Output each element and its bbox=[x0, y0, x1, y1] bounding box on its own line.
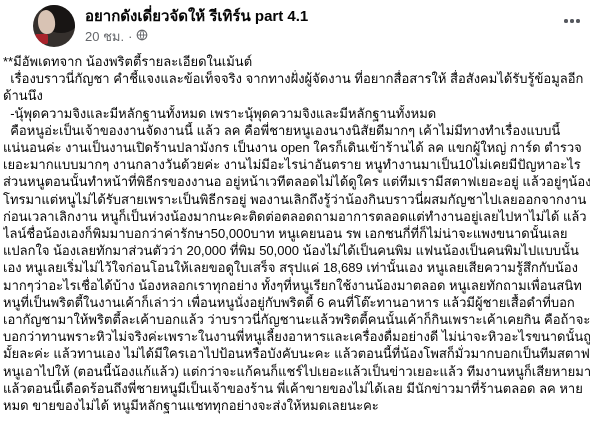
post-text-line: หมด ขายของไม่ได้ หนูมีหลักฐานแชททุกอย่าง… bbox=[3, 397, 590, 414]
post-text-line: **มีอัพเดทจาก น้องพริตตี้รายละเอียดในเม้… bbox=[3, 53, 590, 70]
post-text-line: ด้านนึง bbox=[3, 87, 590, 104]
post-text-line: แน่นอนค่ะ งานเป็นงานเปิดร้านปลามังกร เป็… bbox=[3, 139, 590, 156]
more-options-button[interactable] bbox=[558, 10, 586, 32]
avatar[interactable] bbox=[33, 5, 75, 47]
ellipsis-icon bbox=[564, 19, 568, 23]
post-text-line: ส่วนหนูตอนนั้นทำหน้าที่พิธีกรของงานอ อยู… bbox=[3, 173, 590, 190]
page-name[interactable]: อยากดังเดี่ยวจัดให้ รีเทิร์น part 4.1 bbox=[85, 7, 308, 27]
globe-icon bbox=[136, 29, 148, 45]
post-text-line: โทรมาแต่หนูไม่ได้รับสายเพราะเป็นพิธีกรอย… bbox=[3, 191, 590, 208]
post-text-line: เอากัญชามาให้พริตตี้ละเค้าบอกแล้ว ว่าบรา… bbox=[3, 311, 590, 328]
post-text-line: เยอะมากแบบมากๆ งานกลางวันด้วยค่ะ งานไม่ม… bbox=[3, 156, 590, 173]
post-text-line: คือหนูอ่ะเป็นเจ้าของงานจัดงานนี้ แล้ว ลค… bbox=[3, 122, 590, 139]
post-text-line: มั้ยละค่ะ แล้วทานเอง ไม่ได้มีใครเอาไปป้อ… bbox=[3, 345, 590, 362]
header-text-block: อยากดังเดี่ยวจัดให้ รีเทิร์น part 4.1 20… bbox=[85, 5, 308, 45]
meta-separator: · bbox=[128, 29, 132, 45]
post-text-line: บอกว่าทานพราะหิวไม่จริงค่ะเพราะในงานพี่ห… bbox=[3, 328, 590, 345]
post-body: **มีอัพเดทจาก น้องพริตตี้รายละเอียดในเม้… bbox=[0, 47, 600, 414]
post-text-line: -นุ้พุดความจิงและมีหลักฐานทั้งหมด เพราะน… bbox=[3, 105, 590, 122]
post-header: อยากดังเดี่ยวจัดให้ รีเทิร์น part 4.1 20… bbox=[0, 0, 600, 47]
post-meta: 20 ชม. · bbox=[85, 28, 308, 45]
post-text-line: เอง หนูเลยเริ่มไม่ไว้ใจก่อนโอนให้เลยขอดู… bbox=[3, 259, 590, 276]
timestamp[interactable]: 20 ชม. bbox=[85, 29, 124, 45]
post-text-line: ก่อนเวลาเลิกงาน หนูก็เป็นห่วงน้องมากนะคะ… bbox=[3, 208, 590, 225]
post-text-line: แปลกใจ น้องเลยทักมาส่วนตัวว่า 20,000 ที่… bbox=[3, 242, 590, 259]
post-text-line: หนูเอาไปให้ (ตอนนี้น้องแก้แล้ว) แต่กว่าจ… bbox=[3, 363, 590, 380]
post-text-line: มากๆว่าอะไรเชื่อได้บ้าง น้องหลอกเราทุกอย… bbox=[3, 277, 590, 294]
facebook-post-card: อยากดังเดี่ยวจัดให้ รีเทิร์น part 4.1 20… bbox=[0, 0, 600, 430]
post-text-line: แล้วตอนนี้เดือดร้อนถึงพี่ชายหนูมีเป็นเจ้… bbox=[3, 380, 590, 397]
avatar-red-badge bbox=[35, 34, 48, 44]
post-text-line: หนูที่เป็นพริตตี้ในงานเค้าก็เล่าว่า เพื่… bbox=[3, 294, 590, 311]
post-text-line: ไลน์ชื่อน้องเองก็พิมมาบอกว่าค่ารักษา50,0… bbox=[3, 225, 590, 242]
post-text-line: เรื่องบราวนี่กัญชา คำชี้แจงและข้อเท็จจริ… bbox=[3, 70, 590, 87]
